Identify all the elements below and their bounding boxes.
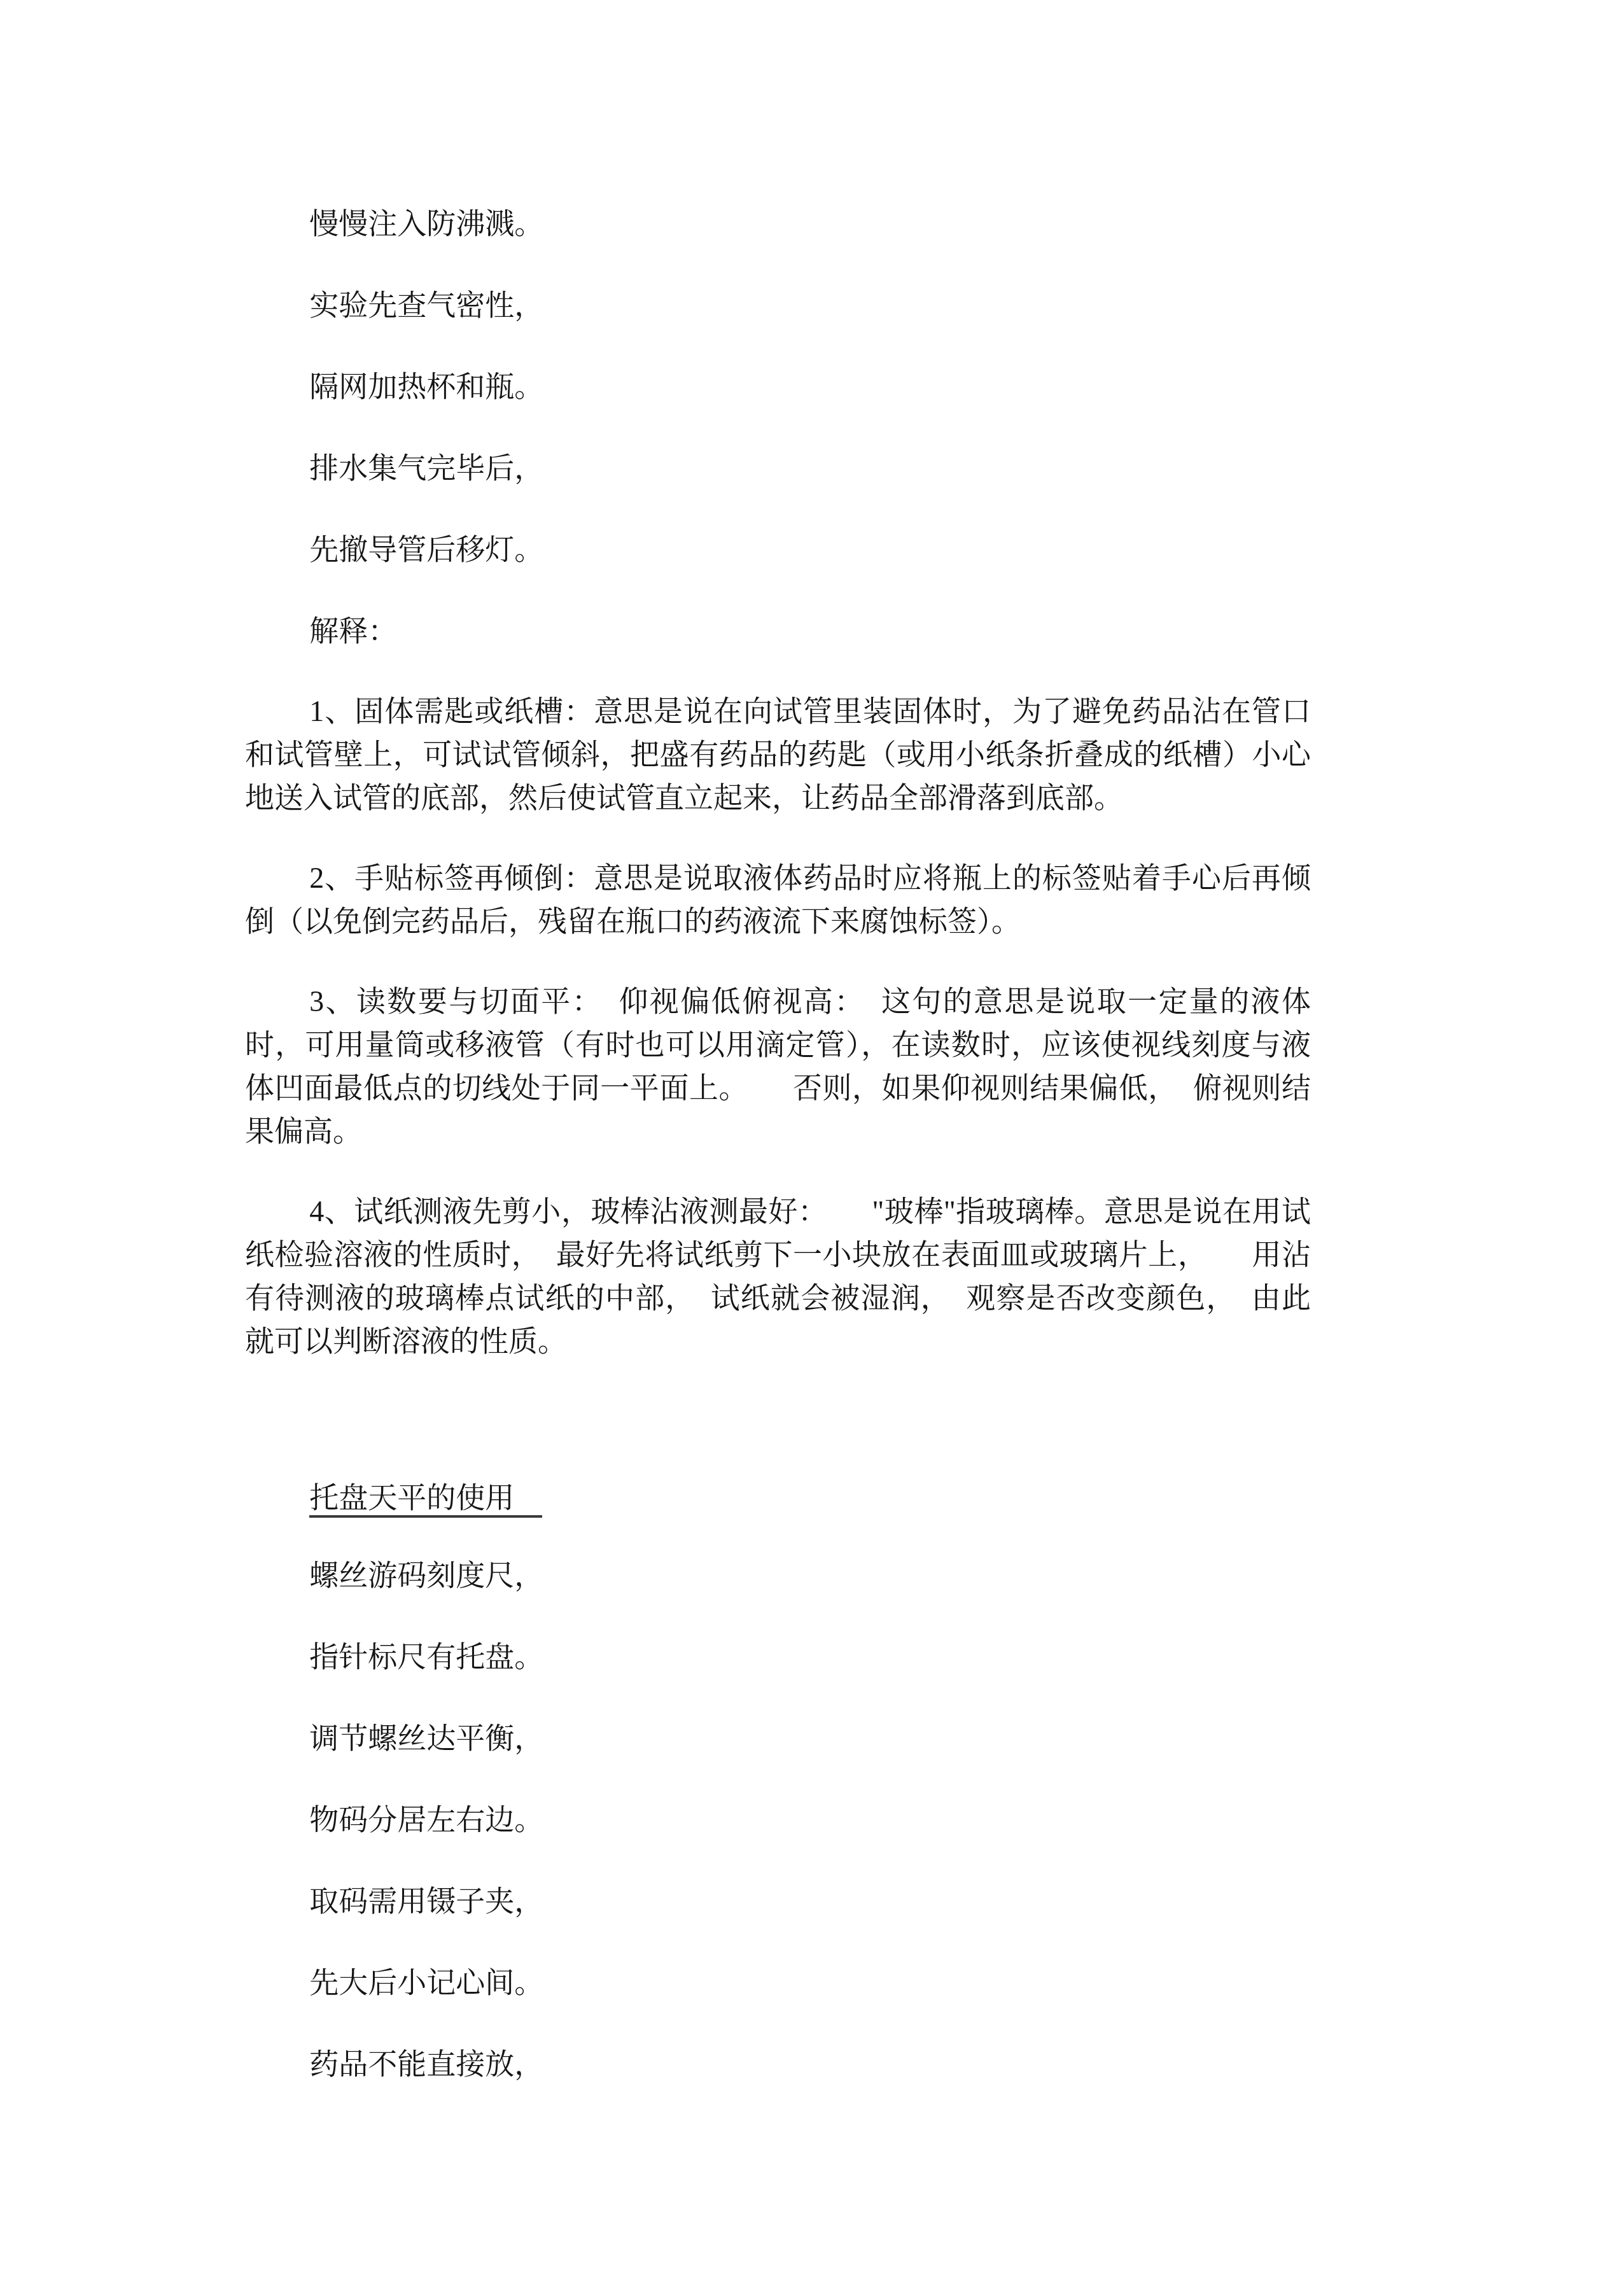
section-heading: 托盘天平的使用 [245, 1476, 1311, 1520]
verse-line-2: 实验先查气密性， [245, 284, 1311, 327]
verse2-line-1: 螺丝游码刻度尺， [245, 1554, 1311, 1597]
document-page: 慢慢注入防沸溅。 实验先查气密性， 隔网加热杯和瓶。 排水集气完毕后， 先撤导管… [0, 0, 1622, 2296]
verse-line-1: 慢慢注入防沸溅。 [245, 202, 1311, 246]
verse-line-3: 隔网加热杯和瓶。 [245, 365, 1311, 409]
explanation-paragraph-4: 4、试纸测液先剪小，玻棒沾液测最好： "玻棒"指玻璃棒。意思是说在用试纸检验溶液… [245, 1190, 1311, 1363]
verse2-line-6: 先大后小记心间。 [245, 1961, 1311, 2005]
explanation-label: 解释： [245, 610, 1311, 653]
section-heading-underlined-text: 托盘天平的使用 [309, 1481, 542, 1518]
verse2-line-2: 指针标尺有托盘。 [245, 1635, 1311, 1679]
explanation-paragraph-3: 3、读数要与切面平： 仰视偏低俯视高： 这句的意思是说取一定量的液体时，可用量筒… [245, 980, 1311, 1153]
explanation-paragraph-1: 1、固体需匙或纸槽：意思是说在向试管里装固体时，为了避免药品沾在管口和试管壁上，… [245, 690, 1311, 820]
verse2-line-3: 调节螺丝达平衡， [245, 1717, 1311, 1760]
verse2-line-5: 取码需用镊子夹， [245, 1880, 1311, 1923]
verse2-line-4: 物码分居左右边。 [245, 1798, 1311, 1842]
verse-line-4: 排水集气完毕后， [245, 447, 1311, 490]
document-content: 慢慢注入防沸溅。 实验先查气密性， 隔网加热杯和瓶。 排水集气完毕后， 先撤导管… [245, 0, 1311, 2086]
verse-line-5: 先撤导管后移灯。 [245, 528, 1311, 571]
explanation-paragraph-2: 2、手贴标签再倾倒：意思是说取液体药品时应将瓶上的标签贴着手心后再倾倒（以免倒完… [245, 857, 1311, 943]
verse2-line-7: 药品不能直接放， [245, 2043, 1311, 2086]
